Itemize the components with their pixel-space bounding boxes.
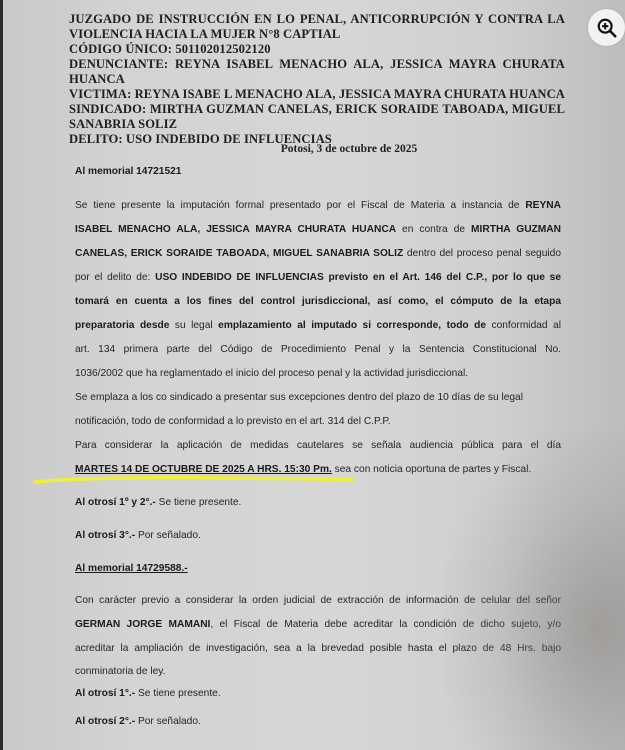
text-run: Se tiene presente la imputación formal p… [75,200,525,211]
text-run: Al memorial 14721521 [75,166,181,177]
sindicado-line2: SANABRIA SOLIZ [69,117,565,132]
document-photo: JUZGADO DE INSTRUCCIÓN EN LO PENAL, ANTI… [3,0,625,750]
otrosi-1: Al otrosí 1°.- Se tiene presente. [75,688,221,699]
text-run: sea con noticia oportuna de partes y Fis… [332,464,531,475]
paragraph-1-line-2: ISABEL MENACHO ALA, JESSICA MAYRA CHURAT… [75,224,561,235]
text-run: Con carácter previo a considerar la orde… [75,595,561,606]
text-run: ISABEL MENACHO ALA, JESSICA MAYRA CHURAT… [75,224,396,235]
document-date: Potosi, 3 de octubre de 2025 [3,143,625,155]
text-run: 1036/2002 que ha reglamentado el inicio … [75,368,468,379]
otrosi-3: Al otrosí 3°.- Por señalado. [75,530,201,541]
denunciante-line1: DENUNCIANTE: REYNA ISABEL MENACHO ALA, J… [69,57,565,72]
yellow-highlight-stroke [33,476,355,484]
paragraph-4-line-2: GERMAN JORGE MAMANI, el Fiscal de Materi… [75,619,561,630]
paragraph-3-line-1: Para considerar la aplicación de medidas… [75,440,561,451]
victima: VICTIMA: REYNA ISABE L MENACHO ALA, JESS… [69,87,565,102]
text-run: Al memorial 14729588.- [75,563,188,574]
text-run: Se tiene presente. [135,688,221,699]
paragraph-3-line-2: MARTES 14 DE OCTUBRE DE 2025 A HRS. 15:3… [75,464,531,475]
text-run: MIRTHA GUZMAN [471,224,561,235]
text-run: REYNA [525,200,561,211]
otrosi-1-2: Al otrosí 1º y 2°.- Se tiene presente. [75,497,241,508]
text-run: USO INDEBIDO DE INFLUENCIAS previsto en … [155,272,561,283]
text-run: conformidad al [486,320,561,331]
text-run: Se emplaza a los co sindicado a presenta… [75,392,523,403]
denunciante-line2: HUANCA [69,72,565,87]
text-run: Para considerar la aplicación de medidas… [75,440,561,451]
zoom-in-icon [596,17,618,39]
text-run: tomará en cuenta a los fines del control… [75,296,561,307]
text-run: Al otrosí 1°.- [75,688,135,699]
court-name-line2: VIOLENCIA HACIA LA MUJER N°8 CAPTIAL [69,27,565,42]
text-run: Por señalado. [135,716,201,727]
paragraph-1-line-3: CANELAS, ERICK SORAIDE TABOADA, MIGUEL S… [75,248,561,259]
paragraph-4-line-4: conminatoria de ley. [75,666,165,677]
text-run: Por señalado. [135,530,201,541]
text-run: art. 134 primera parte del Código de Pro… [75,344,561,355]
text-run: notificación, todo de conformidad a lo p… [75,416,391,427]
text-run: CANELAS, ERICK SORAIDE TABOADA, MIGUEL S… [75,248,403,259]
hearing-date: MARTES 14 DE OCTUBRE DE 2025 A HRS. 15:3… [75,464,332,475]
memorial-2-title: Al memorial 14729588.- [75,563,188,574]
text-run: , el Fiscal de Materia debe acreditar la… [210,619,561,630]
text-run: preparatoria desde [75,320,169,331]
text-run: acreditar la ampliación de investigación… [75,643,561,654]
paragraph-1-line-6: preparatoria desde su legal emplazamient… [75,320,561,331]
text-run: por el delito de: [75,272,155,283]
paragraph-2-line-1: Se emplaza a los co sindicado a presenta… [75,392,523,403]
codigo-unico: CÓDIGO ÚNICO: 501102012502120 [69,42,565,57]
text-run: conminatoria de ley. [75,666,165,677]
case-header: JUZGADO DE INSTRUCCIÓN EN LO PENAL, ANTI… [69,12,565,147]
text-run: dentro del proceso penal seguido [403,248,561,259]
text-run: emplazamiento al imputado si corresponde… [218,320,486,331]
paragraph-1-line-5: tomará en cuenta a los fines del control… [75,296,561,307]
court-name-line1: JUZGADO DE INSTRUCCIÓN EN LO PENAL, ANTI… [69,12,565,27]
text-run: GERMAN JORGE MAMANI [75,619,210,630]
text-run: Al otrosí 2°.- [75,716,135,727]
paragraph-2-line-2: notificación, todo de conformidad a lo p… [75,416,391,427]
memorial-1-title: Al memorial 14721521 [75,166,181,177]
paragraph-4-line-3: acreditar la ampliación de investigación… [75,643,561,654]
otrosi-2: Al otrosí 2°.- Por señalado. [75,716,201,727]
zoom-in-button[interactable] [588,9,625,46]
paragraph-1-line-4: por el delito de: USO INDEBIDO DE INFLUE… [75,272,561,283]
text-run: Se tiene presente. [156,497,242,508]
paragraph-1-line-1: Se tiene presente la imputación formal p… [75,200,561,211]
paragraph-1-line-7: art. 134 primera parte del Código de Pro… [75,344,561,355]
paragraph-1-line-8: 1036/2002 que ha reglamentado el inicio … [75,368,468,379]
text-run: Al otrosí 1º y 2°.- [75,497,156,508]
paragraph-4-line-1: Con carácter previo a considerar la orde… [75,595,561,606]
text-run: en contra de [396,224,471,235]
text-run: su legal [169,320,218,331]
sindicado-line1: SINDICADO: MIRTHA GUZMAN CANELAS, ERICK … [69,102,565,117]
text-run: Al otrosí 3°.- [75,530,135,541]
